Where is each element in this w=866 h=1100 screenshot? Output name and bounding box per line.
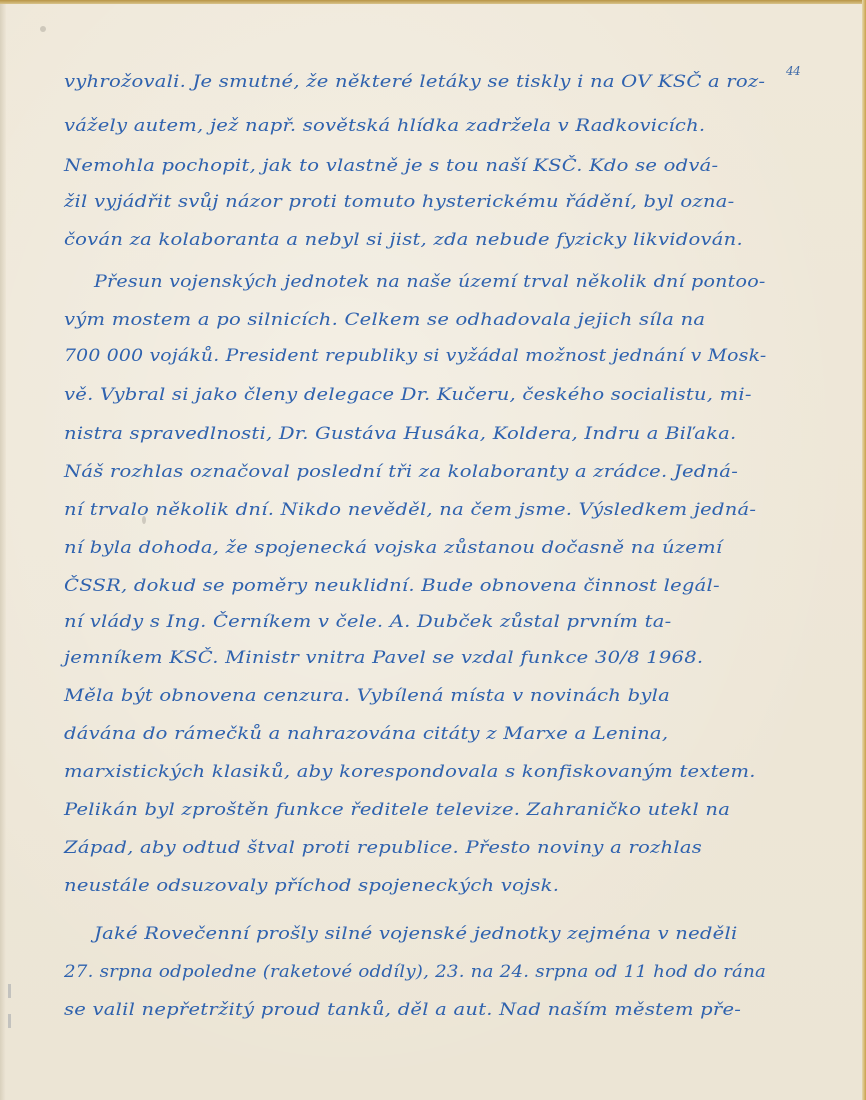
text-line: Západ, aby odtud štval proti republice. …	[64, 838, 702, 858]
text-line: 27. srpna odpoledne (raketové oddíly), 2…	[64, 962, 766, 982]
text-line: Jaké Rovečenní prošly silné vojenské jed…	[94, 924, 737, 944]
text-line: dávána do rámečků a nahrazována citáty z…	[64, 724, 668, 744]
text-line: Přesun vojenských jednotek na naše území…	[94, 272, 766, 292]
binding-mark	[8, 984, 11, 998]
text-line: vyhrožovali. Je smutné, že některé leták…	[64, 72, 765, 92]
text-line: nistra spravedlnosti, Dr. Gustáva Husáka…	[64, 424, 737, 444]
text-line: Měla být obnovena cenzura. Vybílená míst…	[64, 686, 670, 706]
text-line: Nemohla pochopit, jak to vlastně je s to…	[64, 156, 718, 176]
text-line: žil vyjádřit svůj názor proti tomuto hys…	[64, 192, 735, 212]
text-line: vážely autem, jež např. sovětská hlídka …	[64, 116, 705, 136]
text-line: neustále odsuzovaly příchod spojeneckých…	[64, 876, 559, 896]
text-line: Náš rozhlas označoval poslední tři za ko…	[64, 462, 738, 482]
paper-spot	[40, 26, 46, 32]
binding-mark	[8, 1014, 11, 1028]
text-line: marxistických klasiků, aby korespondoval…	[64, 762, 756, 782]
text-line: ní trvalo několik dní. Nikdo nevěděl, na…	[64, 500, 756, 520]
page-number: 44	[786, 64, 800, 78]
text-line: jemníkem KSČ. Ministr vnitra Pavel se vz…	[64, 648, 703, 668]
text-line: ní vlády s Ing. Černíkem v čele. A. Dubč…	[64, 612, 671, 632]
text-line: vě. Vybral si jako členy delegace Dr. Ku…	[64, 385, 752, 405]
text-line: ČSSR, dokud se poměry neuklidní. Bude ob…	[64, 576, 720, 596]
text-line: Pelikán byl zproštěn funkce ředitele tel…	[64, 800, 730, 820]
manuscript-page: 44 vyhrožovali. Je smutné, že některé le…	[6, 4, 862, 1100]
text-line: se valil nepřetržitý proud tanků, děl a …	[64, 1000, 741, 1020]
scan-right-edge	[862, 0, 866, 1100]
text-line: 700 000 vojáků. President republiky si v…	[64, 346, 766, 366]
text-line: ní byla dohoda, že spojenecká vojska zůs…	[64, 538, 722, 558]
text-line: vým mostem a po silnicích. Celkem se odh…	[64, 310, 705, 330]
text-line: čován za kolaboranta a nebyl si jist, zd…	[64, 230, 743, 250]
